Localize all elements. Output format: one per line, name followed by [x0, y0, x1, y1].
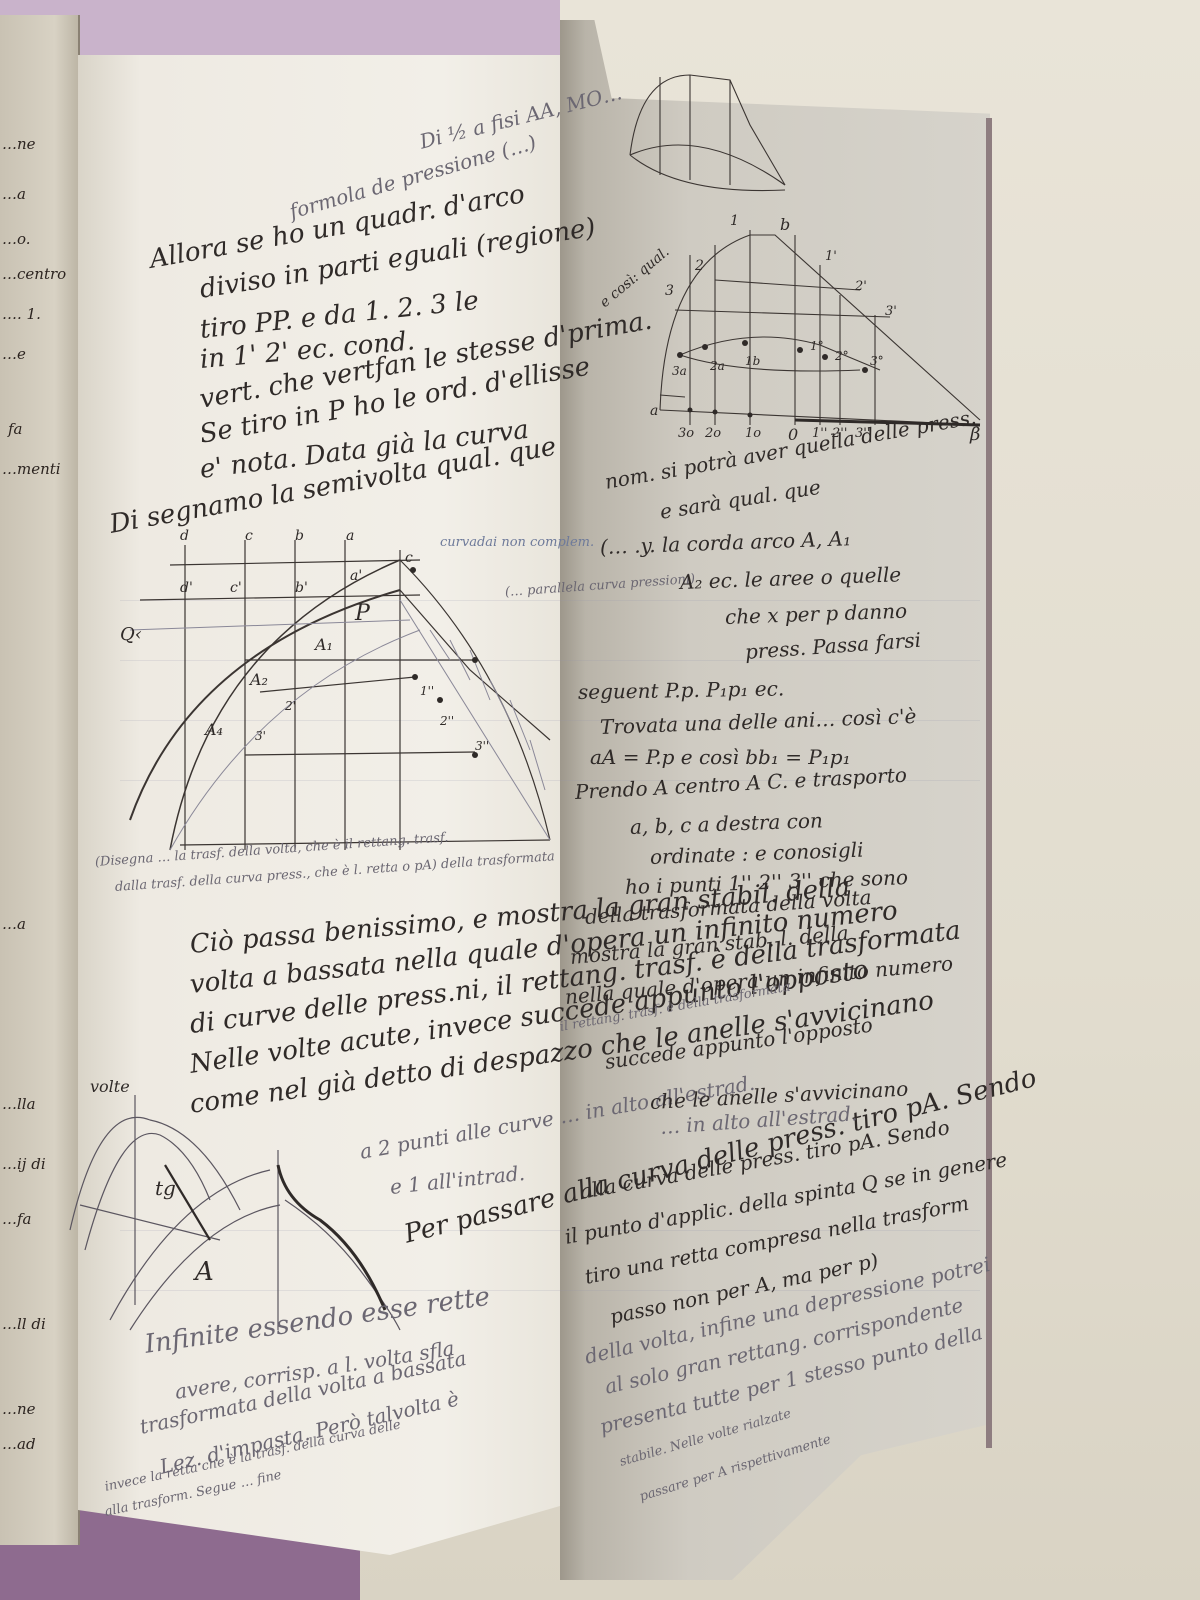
margin-word: …ij di — [2, 1155, 46, 1173]
svg-text:P: P — [354, 601, 371, 626]
svg-text:b: b — [780, 215, 790, 234]
fold-diagrams: 1 2 3 b 1' 2' 3' 1° 2° 3° 1b 2a 3a a 3o … — [620, 65, 1000, 445]
svg-text:b': b' — [295, 580, 308, 596]
margin-word: …centro — [2, 265, 66, 283]
svg-text:3o: 3o — [678, 426, 694, 441]
margin-word: …fa — [2, 1210, 32, 1228]
margin-word: …ne — [2, 135, 36, 153]
svg-text:1b: 1b — [745, 354, 760, 368]
svg-text:a: a — [650, 403, 658, 419]
svg-text:A₂: A₂ — [248, 670, 268, 689]
margin-word: …a — [2, 185, 26, 203]
sketch-label: A — [193, 1257, 214, 1287]
svg-text:2a: 2a — [709, 359, 725, 373]
svg-text:2°: 2° — [834, 349, 849, 363]
svg-text:A₄: A₄ — [203, 720, 223, 739]
fold-text-line: seguent P.p. P₁p₁ ec. — [578, 676, 785, 704]
svg-text:1: 1 — [730, 213, 739, 229]
svg-text:c: c — [245, 528, 253, 544]
svg-text:2': 2' — [854, 279, 867, 294]
svg-text:c: c — [405, 550, 413, 566]
svg-text:2: 2 — [694, 258, 704, 274]
svg-text:b: b — [295, 528, 304, 544]
margin-word: …lla — [2, 1095, 36, 1113]
svg-text:d': d' — [180, 580, 193, 596]
margin-word: …o. — [2, 230, 31, 248]
svg-text:2'': 2'' — [439, 714, 454, 728]
svg-text:d: d — [180, 528, 189, 544]
svg-text:3'': 3'' — [475, 739, 489, 753]
svg-text:c': c' — [230, 580, 242, 596]
svg-text:2o: 2o — [704, 426, 721, 441]
margin-word: …ll di — [2, 1315, 46, 1333]
fold-text-line: aA = P.p e così bb₁ = P₁p₁ — [590, 745, 851, 769]
diagram-note: curvadai non complem. — [440, 535, 594, 550]
svg-text:3a: 3a — [672, 364, 687, 378]
svg-text:1': 1' — [825, 249, 837, 264]
sketch-label: volte — [90, 1077, 130, 1096]
margin-word: …ad — [2, 1435, 36, 1453]
margin-word: …ne — [2, 1400, 36, 1418]
svg-text:3': 3' — [255, 729, 266, 743]
svg-text:1'': 1'' — [420, 684, 434, 698]
svg-text:1°: 1° — [810, 339, 824, 353]
margin-word: fa — [8, 420, 23, 438]
sketch-label: tg — [155, 1176, 176, 1200]
svg-text:a: a — [346, 528, 354, 544]
margin-word: …e — [2, 345, 26, 363]
margin-word: …. 1. — [2, 305, 41, 323]
svg-text:a': a' — [350, 568, 362, 584]
svg-text:Q‹: Q‹ — [120, 624, 142, 645]
svg-text:3: 3 — [665, 283, 674, 299]
margin-word: …menti — [2, 460, 61, 478]
pointed-vault-sketch: volte tg A — [60, 1080, 460, 1330]
svg-text:3°: 3° — [870, 354, 884, 368]
margin-word: …a — [2, 915, 26, 933]
svg-text:2': 2' — [284, 699, 296, 713]
svg-text:A₁: A₁ — [313, 635, 333, 654]
svg-text:1o: 1o — [745, 426, 761, 441]
svg-text:3': 3' — [885, 304, 897, 319]
arch-diagram: d c b a c d' c' b' a' A₂ A₁ A₄ P Q‹ 1'' … — [110, 520, 580, 860]
